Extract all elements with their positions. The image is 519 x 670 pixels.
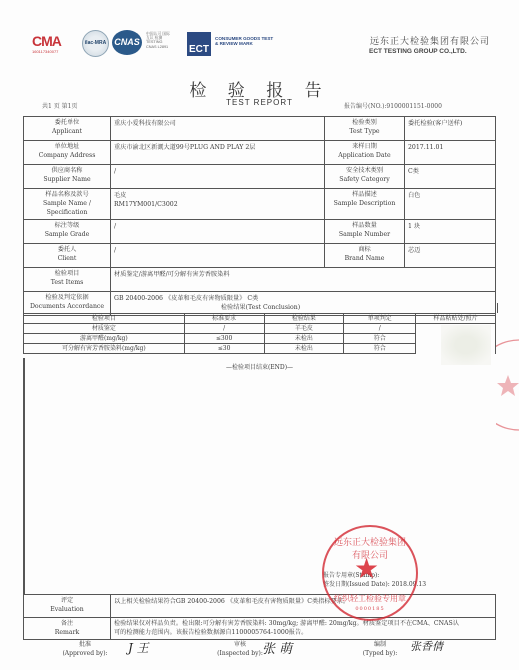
cnas-logo-caption: 中国认可 国际互认 检测 TESTING CNAS L2891 [146,32,170,49]
page-count: 共1 页 第1页 [42,101,77,110]
test-type-value: 委托检验(客户送样) [405,117,496,141]
seal-number: 0000185 [344,606,396,612]
company-name-cn: 远东正大检验集团有限公司 [370,34,490,47]
sample-photo [441,325,491,365]
address-value: 重庆市渝北区新溉大道99号PLUG AND PLAY 2层 [111,141,325,165]
result-judgement: / [344,324,416,334]
app-date-value: 2017.11.01 [405,141,496,165]
star-icon: ★ [354,555,379,583]
client-label-en: Client [27,254,107,263]
row-evaluation: 评定Evaluation 以上相关检验结果符合GB 20400-2006 《皮革… [24,595,496,618]
report-number: 报告编号(NO.):9100001151-0000 [344,101,442,110]
brand-label: 商标 [328,245,401,254]
test-items-label: 检验项目 [27,269,107,278]
sample-desc-label-en: Sample Description [328,199,401,208]
ect-logo-caption: CONSUMER GOODS TEST & REVIEW MARK [215,36,275,46]
app-date-label: 来样日期 [328,142,401,151]
grade-label-en: Sample Grade [27,230,107,239]
approved-signature: J 王 [128,639,149,656]
result-item: 游离甲醛(mg/kg) [24,334,185,344]
result-requirement: ≤300 [184,334,264,344]
client-label: 委托人 [27,245,107,254]
row-client: 委托人Client / 商标Brand Name 芯迈 [24,244,496,268]
table-row: 材质鉴定 / 羊毛皮 / [24,324,496,334]
typed-by: 编制 (Typed by): [350,640,410,658]
col-requirement: 标准要求 [184,314,264,324]
result-requirement: / [184,324,264,334]
evaluation-label-en: Evaluation [27,605,107,614]
supplier-label-en: Supplier Name [27,175,107,184]
app-date-label-en: Application Date [328,151,401,160]
applicant-value: 重庆小爱科技有限公司 [111,117,325,141]
results-table: 检验项目 标准要求 检验结果 单项判定 样品粘贴处/照片 材质鉴定 / 羊毛皮 … [23,313,496,354]
row-test-items: 检验项目Test Items 材质鉴定/游离甲醛/可分解有害芳香胺染料 [24,268,496,292]
inspected-signature: 张 萌 [262,638,292,657]
partial-seal-icon [496,335,519,435]
col-judgement: 单项判定 [344,314,416,324]
supplier-value: / [111,165,325,189]
ect-logo: ECT [187,32,211,56]
end-of-items: —检验项目结束(END)— [23,362,496,371]
sample-number-label: 样品数量 [328,221,401,230]
result-judgement: 符合 [344,334,416,344]
address-label-en: Company Address [27,151,107,160]
official-seal-icon: 远东正大检验集团有限公司 ★ 纺织轻工检验专用章 0000185 [322,525,418,621]
brand-label-en: Brand Name [328,254,401,263]
specification-label-en: Specification [27,208,107,217]
test-items-value: 材质鉴定/游离甲醛/可分解有害芳香胺染料 [111,268,496,292]
evaluation-label: 评定 [27,596,107,605]
evaluation-table: 评定Evaluation 以上相关检验结果符合GB 20400-2006 《皮革… [23,594,496,640]
specification-value: RM17YM001/C3002 [114,200,321,209]
result-value: 未检出 [264,334,344,344]
applicant-label: 委托单位 [27,118,107,127]
cma-logo-text: CMA [32,33,66,49]
company-name-en: ECT TESTING GROUP CO.,LTD. [369,48,467,55]
sample-number-label-en: Sample Number [328,230,401,239]
address-label: 单位地址 [27,142,107,151]
documents-label: 检验及判定依据 [27,293,107,302]
safety-label-en: Safety Category [328,175,401,184]
col-result: 检验结果 [264,314,344,324]
col-test-item: 检验项目 [24,314,185,324]
test-type-label-en: Test Type [328,127,401,136]
body-frame [23,358,25,594]
cma-logo-number: 160117340077 [32,49,66,54]
row-applicant: 委托单位Applicant 重庆小爱科技有限公司 检验类别Test Type 委… [24,117,496,141]
seal-bottom-text: 纺织轻工检验专用章 [332,593,408,604]
supplier-label: 供应商名称 [27,166,107,175]
row-remark: 备注Remark 检验结果仅对样品负责。检出限:可分解有害芳香胺染料: 30mg… [24,618,496,640]
row-supplier: 供应商名称Supplier Name / 安全技术类别Safety Catego… [24,165,496,189]
evaluation-value: 以上相关检验结果符合GB 20400-2006 《皮革和毛皮有害物质限量》C类指… [111,595,496,618]
result-value: 未检出 [264,344,344,354]
approved-by: 批准 (Approved by): [50,640,120,658]
report-info-table: 委托单位Applicant 重庆小爱科技有限公司 检验类别Test Type 委… [23,116,496,316]
applicant-label-en: Applicant [27,127,107,136]
test-type-label: 检验类别 [328,118,401,127]
result-item: 可分解有害芳香胺染料(mg/kg) [24,344,185,354]
conclusion-heading: 检验结果(Test Conclusion) [23,303,498,313]
row-sample-name: 样品名称及款号Sample Name /Specification 毛皮RM17… [24,189,496,220]
sample-number-value: 1 块 [405,220,496,244]
sample-desc-value: 白色 [405,189,496,220]
typed-signature: 张香倩 [410,638,443,654]
result-item: 材质鉴定 [24,324,185,334]
remark-label-en: Remark [27,628,107,637]
col-sample-photo: 样品粘贴处/照片 [416,314,496,324]
row-grade: 标注等级Sample Grade / 样品数量Sample Number 1 块 [24,220,496,244]
result-requirement: ≤30 [184,344,264,354]
sample-name-label: 样品名称及款号 [27,190,107,199]
cma-logo: CMA 160117340077 [32,33,66,57]
sample-name-value: 毛皮 [114,191,321,200]
approved-label-en: (Approved by): [50,649,120,658]
typed-label-en: (Typed by): [350,649,410,658]
grade-value: / [111,220,325,244]
client-value: / [111,244,325,268]
brand-value: 芯迈 [405,244,496,268]
test-items-label-en: Test Items [27,278,107,287]
remark-line-2: 可的检测能力范围内。该报告检验数据源自1100005764-1000报告。 [114,628,492,637]
approved-label: 批准 [50,640,120,649]
remark-line-1: 检验结果仅对样品负责。检出限:可分解有害芳香胺染料: 30mg/kg; 游离甲醛… [114,619,492,628]
sample-desc-label: 样品描述 [328,190,401,199]
typed-label: 编制 [350,640,410,649]
ilac-mra-logo: ilac-MRA [82,30,109,57]
remark-label: 备注 [27,619,107,628]
result-judgement: 符合 [344,344,416,354]
safety-value: C类 [405,165,496,189]
result-value: 羊毛皮 [264,324,344,334]
grade-label: 标注等级 [27,221,107,230]
cnas-logo: CNAS [112,30,142,55]
safety-label: 安全技术类别 [328,166,401,175]
sample-name-label-en: Sample Name / [27,199,107,208]
results-header: 检验项目 标准要求 检验结果 单项判定 样品粘贴处/照片 [24,314,496,324]
row-address: 单位地址Company Address 重庆市渝北区新溉大道99号PLUG AN… [24,141,496,165]
